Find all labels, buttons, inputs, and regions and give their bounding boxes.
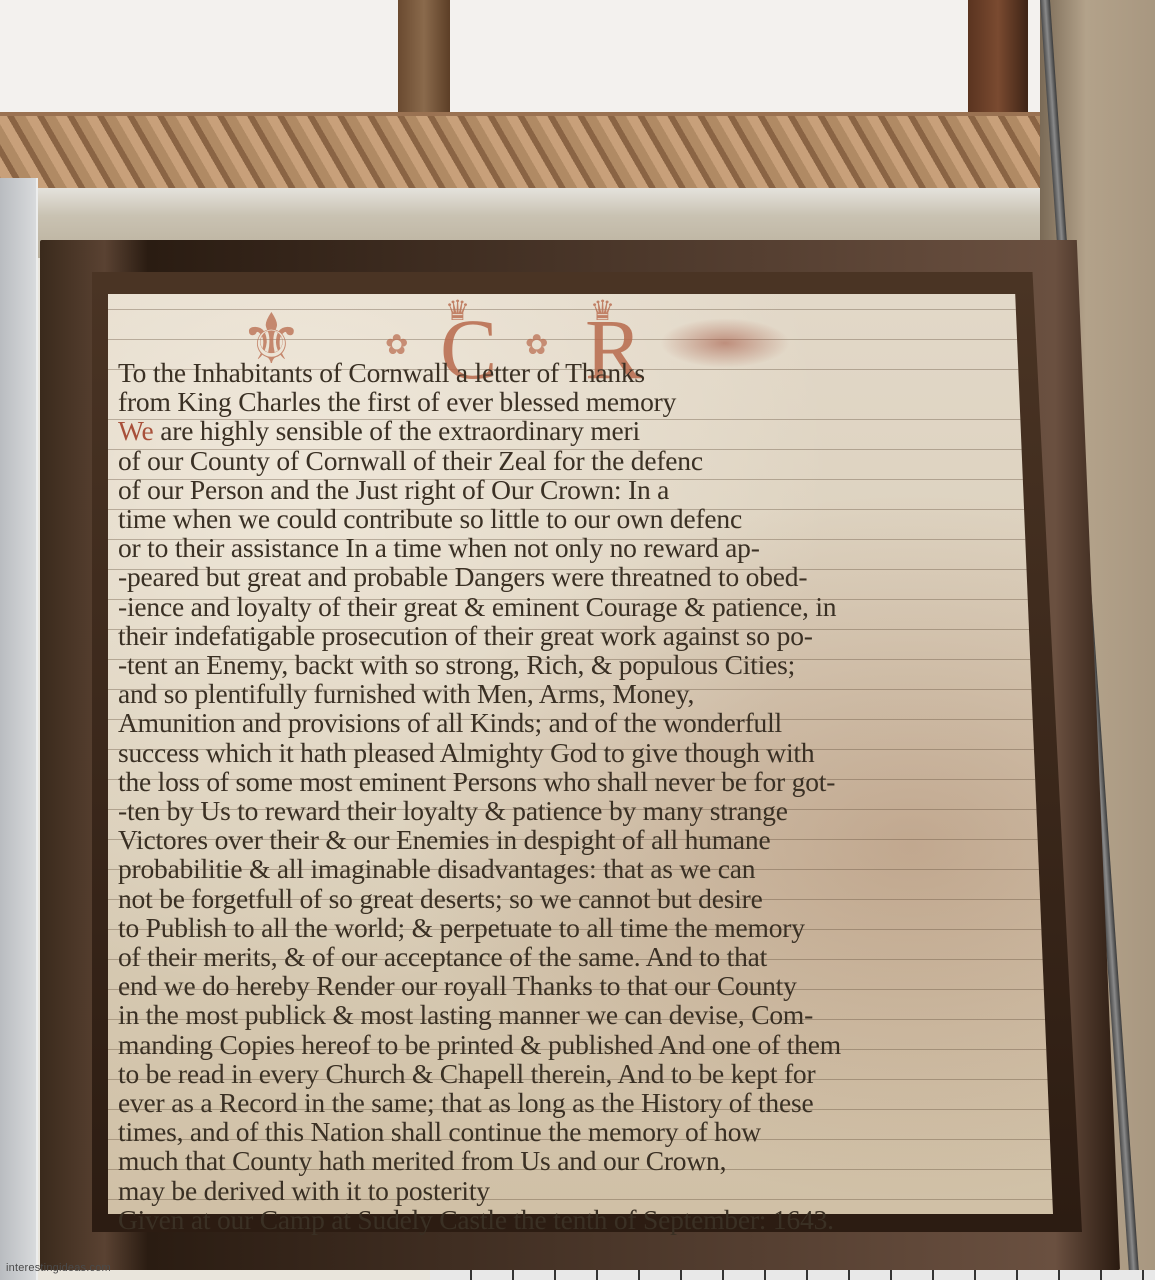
inscription-line: ever as a Record in the same; that as lo… <box>118 1088 1038 1117</box>
inscription-line: success which it hath pleased Almighty G… <box>118 738 1038 767</box>
inscription-line: To the Inhabitants of Cornwall a letter … <box>118 358 1038 387</box>
inscription-line: and so plentifully furnished with Men, A… <box>118 679 1038 708</box>
inscription-line: time when we could contribute so little … <box>118 504 1038 533</box>
radiator-strip <box>430 1270 1155 1280</box>
inscription-line: times, and of this Nation shall continue… <box>118 1117 1038 1146</box>
red-initial: We <box>118 415 154 446</box>
inscription-line: from King Charles the first of ever bles… <box>118 387 1038 416</box>
inscription-line: Amunition and provisions of all Kinds; a… <box>118 708 1038 737</box>
inscription-line: of our Person and the Just right of Our … <box>118 475 1038 504</box>
inscription-line: not be forgetfull of so great deserts; s… <box>118 884 1038 913</box>
metal-panel-left <box>0 178 38 1280</box>
watermark: interestingideas.com <box>6 1262 111 1274</box>
inscription-line: -ience and loyalty of their great & emin… <box>118 592 1038 621</box>
inscription-line: to Publish to all the world; & perpetuat… <box>118 913 1038 942</box>
inscription-line: may be derived with it to posterity <box>118 1176 1038 1205</box>
inscription-line: end we do hereby Render our royall Thank… <box>118 971 1038 1000</box>
inscription-line: of our County of Cornwall of their Zeal … <box>118 446 1038 475</box>
inscription-line: -ten by Us to reward their loyalty & pat… <box>118 796 1038 825</box>
wooden-beam-right <box>968 0 1028 120</box>
carved-wooden-frieze <box>0 112 1040 199</box>
inscription-line: of their merits, & of our acceptance of … <box>118 942 1038 971</box>
inscription-line: or to their assistance In a time when no… <box>118 533 1038 562</box>
inscription-line: much that County hath merited from Us an… <box>118 1146 1038 1175</box>
inscription-line: -tent an Enemy, backt with so strong, Ri… <box>118 650 1038 679</box>
inscription-line: We are highly sensible of the extraordin… <box>118 416 1038 445</box>
inscription-line: -peared but great and probable Dangers w… <box>118 562 1038 591</box>
inscription-line: their indefatigable prosecution of their… <box>118 621 1038 650</box>
inscription-line: manding Copies hereof to be printed & pu… <box>118 1030 1038 1059</box>
inscription-text: To the Inhabitants of Cornwall a letter … <box>118 358 1038 1234</box>
inscription-line: Victores over their & our Enemies in des… <box>118 825 1038 854</box>
inscription-line: in the most publick & most lasting manne… <box>118 1000 1038 1029</box>
inscription-line: to be read in every Church & Chapell the… <box>118 1059 1038 1088</box>
inscription-line: the loss of some most eminent Persons wh… <box>118 767 1038 796</box>
inscription-line: Given at our Camp at Sudely Castle the t… <box>118 1205 1038 1234</box>
inscription-line: probabilitie & all imaginable disadvanta… <box>118 854 1038 883</box>
wooden-beam-left <box>398 0 450 120</box>
